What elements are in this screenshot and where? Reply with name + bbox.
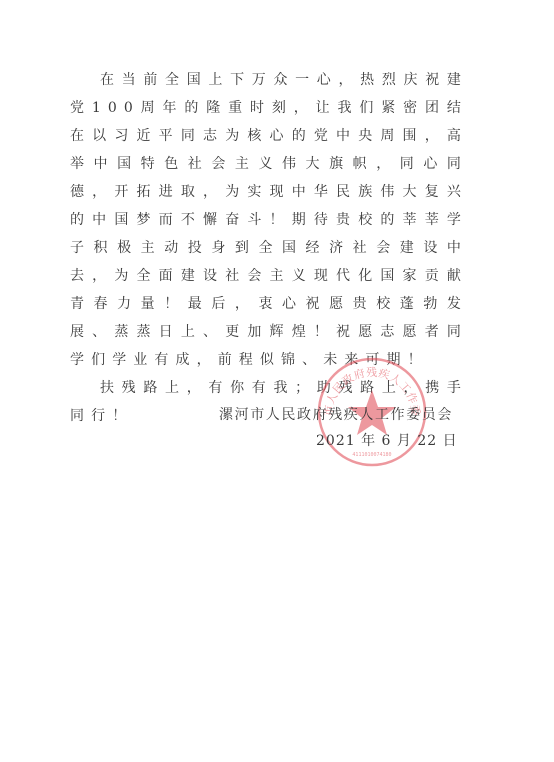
letter-page: 在当前全国上下万众一心，热烈庆祝建党100周年的隆重时刻，让我们紧密团结在以习近… xyxy=(0,0,554,762)
signature-organization: 漯河市人民政府残疾人工作委员会 xyxy=(219,404,453,424)
svg-text:4111010074180: 4111010074180 xyxy=(352,452,391,458)
signature-date: 2021 年 6 月 22 日 xyxy=(316,430,458,450)
body-paragraph: 在当前全国上下万众一心，热烈庆祝建党100周年的隆重时刻，让我们紧密团结在以习近… xyxy=(70,66,468,374)
